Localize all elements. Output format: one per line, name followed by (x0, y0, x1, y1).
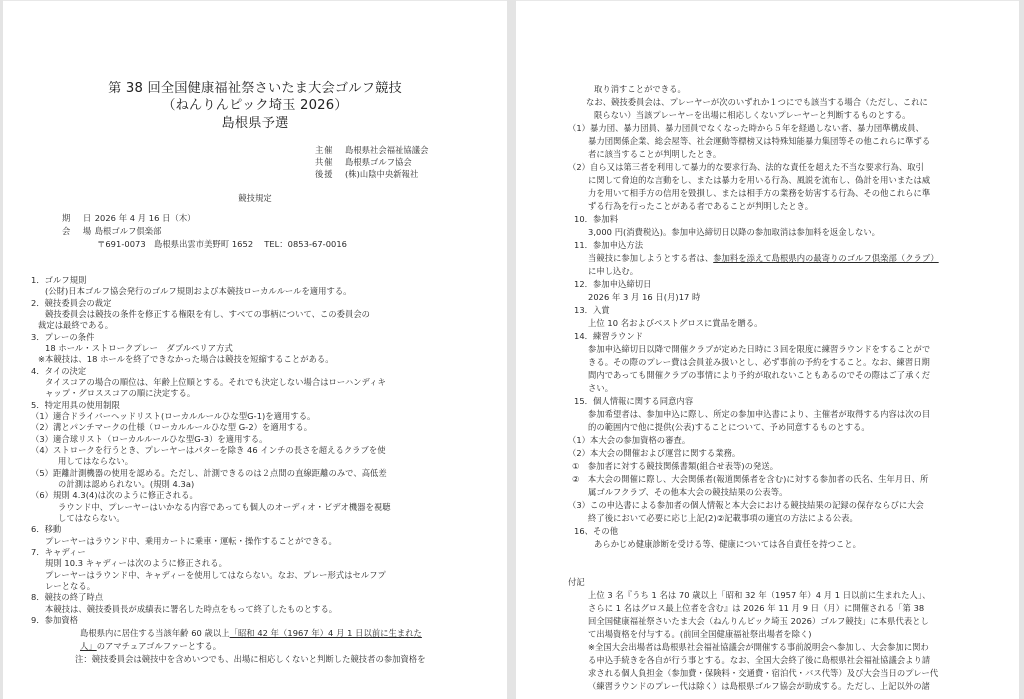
text-line: （2）溝とパンチマークの仕様（ローカルルールひな型 G-2）を適用する。 (31, 421, 312, 433)
text-line: 11．参加申込方法 (574, 239, 643, 251)
eligibility-suffix: のアマチュアゴルファーとする。 (97, 641, 221, 651)
text-line: て出場資格を付与する。(前回全国健康福祉祭出場者を除く) (588, 628, 812, 640)
text-line: 暴力団関係企業、総会屋等、社会運動等標榜又は特殊知能暴力集団等その他これらに準ず… (588, 135, 930, 147)
application-method-text: 当競技に参加しようとする者は、参加料を添えて島根県内の最寄りのゴルフ倶楽部（クラ… (588, 252, 939, 264)
text-line: あらかじめ健康診断を受ける等、健康については各自責任を持つこと。 (594, 538, 861, 550)
eligibility-underlined-end: 人」 (80, 641, 97, 651)
text-line: に申し込む。 (588, 265, 638, 277)
text-line: 求される個人負担金（参加費・保険料・交通費・宿泊代・バス代等）及び大会当日のプレ… (588, 667, 938, 679)
sponsor-organizer: 主催 島根県社会福祉協議会 (315, 144, 428, 156)
text-line: に関して脅迫的な言動をし、または暴力を用いる行為、風説を流布し、偽計を用いまたは… (588, 174, 930, 186)
text-line: さい。 (588, 382, 613, 394)
event-venue: 会 場 島根ゴルフ倶楽部 (62, 225, 161, 237)
disqualification-note: 注：競技委員会は競技中を含めいつでも、出場に相応しくないと判断した競技者の参加資… (75, 653, 426, 665)
text-line: きる。その際のプレー費は会員並み扱いとし、必ず事前の予約をすること。なお、練習日… (588, 356, 930, 368)
eligibility-prefix: 島根県内に居住する当該年齢 60 歳以上 (80, 628, 230, 638)
eligibility-text: 島根県内に居住する当該年齢 60 歳以上「昭和 42 年（1967 年）4 月 … (80, 627, 422, 639)
text-line: ャップ・グロススコアの順に決定する。 (45, 387, 195, 399)
text-line: ① 参加者に対する競技関係書類(組合せ表等)の発送。 (572, 460, 778, 472)
text-line: （1）暴力団、暴力団員、暴力団員でなくなった時から５年を経過しない者、暴力団準構… (568, 122, 924, 134)
text-line: プレーヤーはラウンド中、キャディーを使用してはならない。なお、プレー形式はセルフ… (45, 569, 386, 581)
text-line: 規則 10.3 キャディーは次のように修正される。 (45, 557, 227, 569)
text-line: （1）本大会の参加資格の審査。 (568, 434, 690, 446)
text-line: 参加希望者は、参加申込に際し、所定の参加申込書により、主催者が取得する内容は次の… (588, 408, 930, 420)
sponsor-role: 共催 (315, 156, 337, 168)
text-line: （6）規則 4.3(4)は次のように修正される。 (31, 489, 198, 501)
venue-address: 〒691-0073 島根県出雲市美野町 1652 TEL：0853-67-001… (97, 238, 347, 250)
text-line: 6．移動 (31, 523, 61, 535)
text-line: 上位 3 名『うち 1 名は 70 歳以上「昭和 32 年（1957 年）4 月… (588, 589, 930, 601)
text-line: 12．参加申込締切日 (574, 278, 651, 290)
document-page-1: 第 38 回全国健康福祉祭さいたま大会ゴルフ競技 （ねんりんピック埼玉 2026… (3, 0, 507, 699)
text-line: (公財)日本ゴルフ協会発行のゴルフ規則および本競技ローカルルールを適用する。 (45, 285, 352, 297)
section-heading: 競技規定 (3, 192, 507, 204)
text-line: 8．競技の終了時点 (31, 591, 103, 603)
document-page-2: 取り消すことができる。なお、競技委員会は、プレーヤーが次のいずれか１つにでも該当… (516, 0, 1019, 699)
sponsor-co-organizer: 共催 島根県ゴルフ協会 (315, 156, 428, 168)
text-line: ② 本大会の開催に際し、大会関係者(報道関係者を含む)に対する参加者の氏名、生年… (572, 473, 928, 485)
sponsor-name: (株)山陰中央新報社 (345, 168, 418, 180)
document-title-line-2: （ねんりんピック埼玉 2026） (3, 97, 507, 115)
text-line: 間内であっても開催クラブの事情により予約が取れないこともあるのでその際はご了承く… (588, 369, 930, 381)
text-line: ※本競技は、18 ホールを終了できなかった場合は競技を短縮することがある。 (38, 353, 334, 365)
sponsor-role: 主催 (315, 144, 337, 156)
text-line: 10．参加料 (574, 213, 618, 225)
sponsor-name: 島根県ゴルフ協会 (345, 156, 412, 168)
eligibility-birthdate-underlined: 「昭和 42 年（1967 年）4 月 1 日以前に生まれた (230, 628, 422, 638)
document-title-line-1: 第 38 回全国健康福祉祭さいたま大会ゴルフ競技 (3, 80, 507, 98)
sponsor-role: 後援 (315, 168, 337, 180)
text-line: 者に該当することが判明したとき。 (588, 148, 721, 160)
venue-name: 島根ゴルフ倶楽部 (95, 226, 162, 236)
text-line: 9．参加資格 (31, 614, 78, 626)
text-line: 取り消すことができる。 (594, 83, 686, 95)
sponsor-name: 島根県社会福祉協議会 (345, 144, 428, 156)
text-line: さらに 1 名はグロス最上位者を含む』は 2026 年 11 月 9 日（月）に… (588, 602, 924, 614)
date-label: 期 日 (62, 212, 92, 224)
sponsor-supporter: 後援 (株)山陰中央新報社 (315, 168, 428, 180)
page-edge (516, 0, 1019, 1)
text-line: 限らない）当該プレーヤーを出場に相応しくないプレーヤーと判断するものとする。 (594, 109, 911, 121)
text-line: （2）自ら又は第三者を利用して暴力的な要求行為、法的な責任を超えた不当な要求行為… (568, 161, 924, 173)
venue-label: 会 場 (62, 225, 92, 237)
text-line: 付記 (568, 576, 585, 588)
text-line: 用してはならない。 (58, 455, 133, 467)
text-line: ずる行為を行ったことがある者であることが判明したとき。 (588, 200, 813, 212)
text-line: 2026 年 3 月 16 日(月)17 時 (588, 291, 700, 303)
text-line: 力を用いて相手方の信用を毀損し、または相手方の業務を妨害する行為、その他これらに… (588, 187, 930, 199)
application-prefix: 当競技に参加しようとする者は、 (588, 253, 713, 263)
text-line: 本競技は、競技委員長が成績表に署名した時点をもって終了したものとする。 (45, 603, 337, 615)
text-line: ※全国大会出場者は島根県社会福祉協議会が開催する事前説明会へ参加し、大会参加に関… (588, 641, 929, 653)
date-value: 2026 年 4 月 16 日（木） (95, 213, 196, 223)
event-date: 期 日 2026 年 4 月 16 日（木） (62, 212, 196, 224)
eligibility-text-cont: 人」のアマチュアゴルファーとする。 (80, 640, 221, 652)
text-line: 参加申込締切日以降で開催クラブが定めた日時に３回を限度に練習ラウンドをすることが… (588, 343, 930, 355)
text-line: （練習ラウンドのプレー代は除く）は島根県ゴルフ協会が助成する。ただし、上記以外の… (588, 680, 930, 692)
text-line: してはならない。 (58, 512, 125, 524)
page-edge (3, 0, 507, 1)
text-line: 14．練習ラウンド (574, 330, 643, 342)
text-line: 上位 10 名およびベストグロスに賞品を贈る。 (588, 317, 762, 329)
text-line: る申込手続きを各自が行う事とする。なお、全国大会終了後に島根県社会福祉協議会より… (588, 654, 930, 666)
text-line: 回全国健康福祉祭さいたま大会（ねんりんピック埼玉 2026）ゴルフ競技」に本県代… (588, 615, 929, 627)
text-line: 属ゴルフクラブ、その他本大会の競技結果の公表等。 (588, 486, 787, 498)
application-underlined: 参加料を添えて島根県内の最寄りのゴルフ倶楽部（クラブ） (713, 253, 938, 263)
text-line: なお、競技委員会は、プレーヤーが次のいずれか１つにでも該当する場合（ただし、これ… (586, 96, 928, 108)
document-title-line-3: 島根県予選 (3, 115, 507, 133)
text-line: 15．個人情報に関する同意内容 (574, 395, 693, 407)
text-line: 13．入賞 (574, 304, 610, 316)
sponsors-block: 主催 島根県社会福祉協議会 共催 島根県ゴルフ協会 後援 (株)山陰中央新報社 (315, 144, 428, 181)
text-line: 3,000 円(消費税込)。参加申込締切日以降の参加取消は参加料を返金しない。 (588, 226, 880, 238)
text-line: 終了後において必要に応じ上記(2)②記載事項の適宜の方法による公表。 (588, 512, 858, 524)
text-line: 裁定は最終である。 (38, 319, 113, 331)
text-line: 16、その他 (574, 525, 618, 537)
text-line: プレーヤーはラウンド中、乗用カートに乗車・運転・操作することができる。 (45, 535, 337, 547)
text-line: 的の範囲内で他に提供(公表)することについて、予め同意するものとする。 (588, 421, 870, 433)
text-line: （3）この申込書による参加者の個人情報と本大会における競技結果の記録の保存ならび… (568, 499, 924, 511)
text-line: （2）本大会の開催および運営に関する業務。 (568, 447, 740, 459)
